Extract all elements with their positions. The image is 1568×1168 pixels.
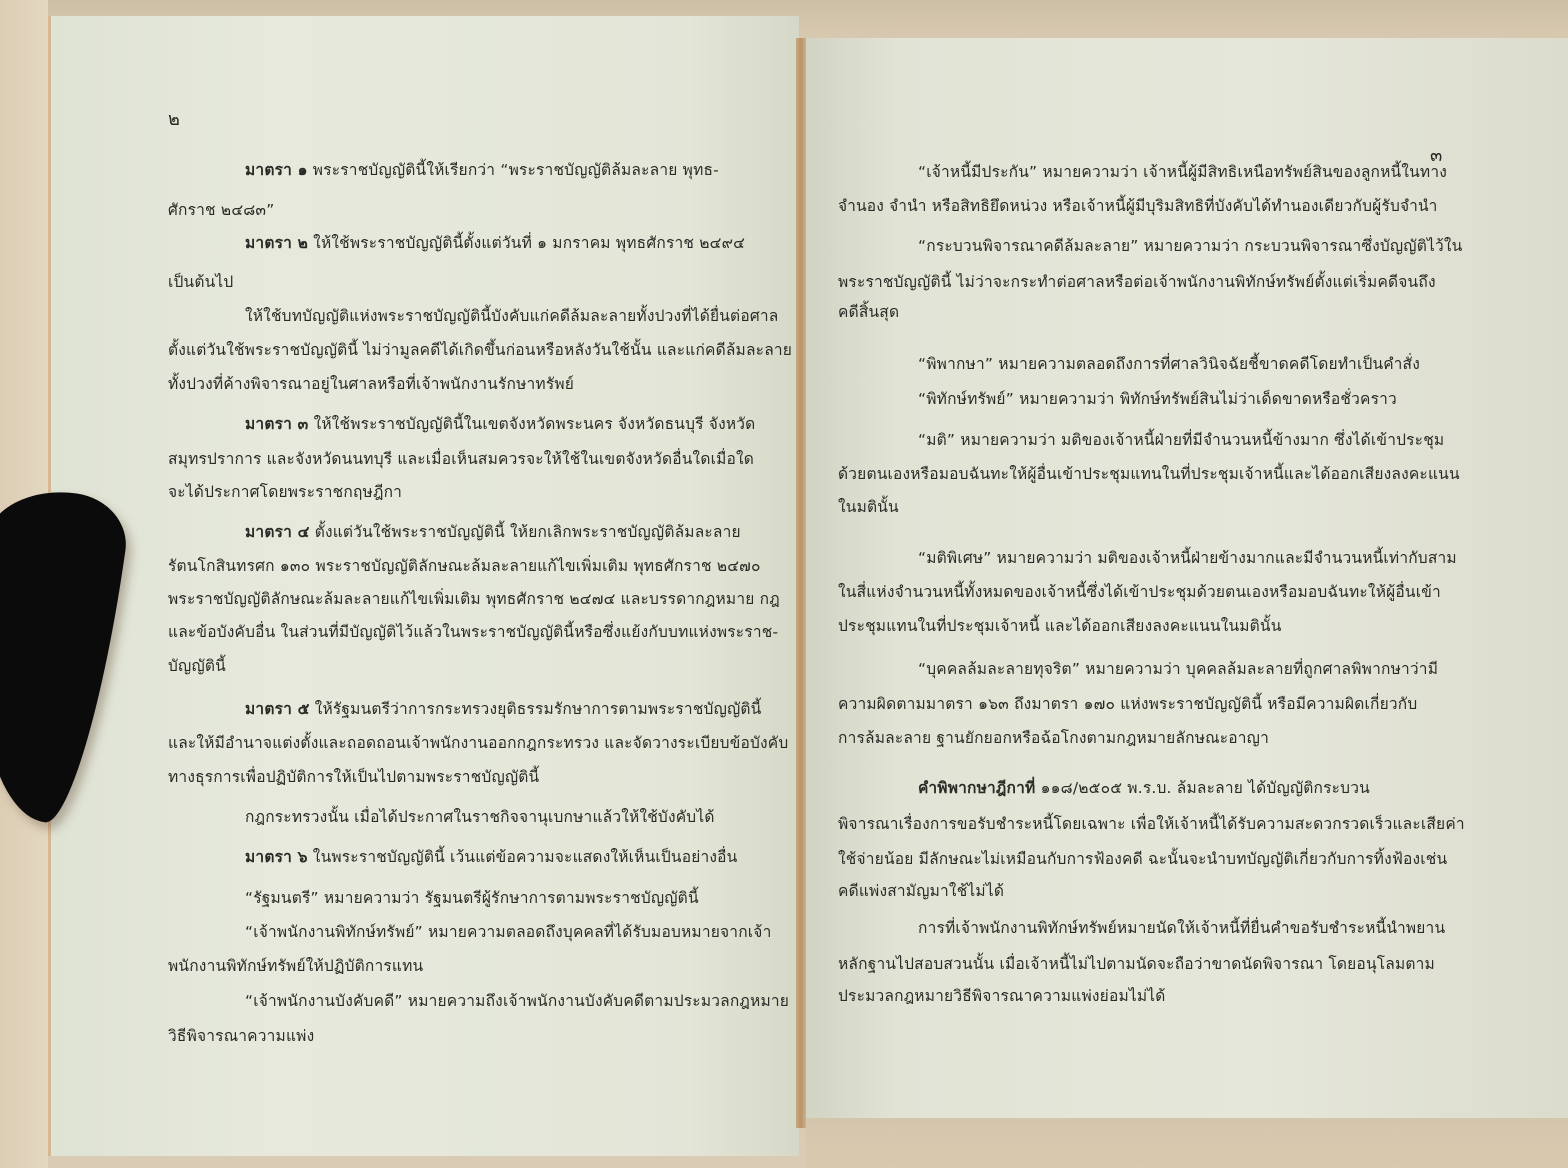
paragraph-line: เป็นต้นไป — [168, 272, 233, 292]
page-number: ๒ — [168, 110, 180, 130]
paragraph-line: ประมวลกฎหมายวิธีพิจารณาความแพ่งย่อมไม่ได… — [838, 986, 1166, 1006]
paragraph-line: จะได้ประกาศโดยพระราชกฤษฎีกา — [168, 482, 402, 502]
paragraph-line: จำนอง จำนำ หรือสิทธิยึดหน่วง หรือเจ้าหนี… — [838, 196, 1438, 216]
book-gutter — [796, 38, 806, 1128]
background-bottom — [806, 1118, 1568, 1168]
paragraph-line: คดีสิ้นสุด — [838, 302, 899, 322]
paragraph-line: “พิพากษา” หมายความตลอดถึงการที่ศาลวินิจฉ… — [918, 354, 1420, 374]
paragraph-line: กฎกระทรวงนั้น เมื่อได้ประกาศในราชกิจจานุ… — [245, 807, 715, 827]
paragraph-line: ประชุมแทนในที่ประชุมเจ้าหนี้ และได้ออกเส… — [838, 616, 1282, 636]
section-label: มาตรา ๔ — [245, 523, 310, 541]
section-label: มาตรา ๒ — [245, 234, 308, 252]
paragraph-line: พนักงานพิทักษ์ทรัพย์ให้ปฏิบัติการแทน — [168, 956, 423, 976]
section-label: มาตรา ๓ — [245, 415, 308, 433]
paragraph-line: คำพิพากษาฎีกาที่ ๑๑๘/๒๕๐๕ พ.ร.บ. ล้มละลา… — [918, 778, 1370, 798]
paragraph-line: มาตรา ๔ ตั้งแต่วันใช้พระราชบัญญัตินี้ ให… — [245, 522, 741, 542]
paragraph-line: พระราชบัญญัติลักษณะล้มละลายแก้ไขเพิ่มเติ… — [168, 589, 780, 609]
paragraph-line: ในมตินั้น — [838, 497, 899, 517]
paragraph-line: “มติพิเศษ” หมายความว่า มติของเจ้าหนี้ฝ่า… — [918, 548, 1457, 568]
section-label: มาตรา ๕ — [245, 700, 310, 718]
paragraph-line: “กระบวนพิจารณาคดีล้มละลาย” หมายความว่า ก… — [918, 236, 1462, 256]
supreme-court-ruling-label: คำพิพากษาฎีกาที่ — [918, 779, 1035, 797]
paragraph-line: มาตรา ๒ ให้ใช้พระราชบัญญัตินี้ตั้งแต่วัน… — [245, 233, 745, 253]
paragraph-line: ในสี่แห่งจำนวนหนี้ทั้งหมดของเจ้าหนี้ซึ่ง… — [838, 582, 1441, 602]
paragraph-line: มาตรา ๖ ในพระราชบัญญัตินี้ เว้นแต่ข้อควา… — [245, 847, 737, 867]
paragraph-line: การที่เจ้าพนักงานพิทักษ์ทรัพย์หมายนัดให้… — [918, 918, 1445, 938]
section-label: มาตรา ๖ — [245, 848, 308, 866]
paragraph-line: ความผิดตามมาตรา ๑๖๓ ถึงมาตรา ๑๗๐ แห่งพระ… — [838, 694, 1417, 714]
paragraph-line: รัตนโกสินทรศก ๑๓๐ พระราชบัญญัติลักษณะล้ม… — [168, 556, 761, 576]
paragraph-line: มาตรา ๕ ให้รัฐมนตรีว่าการกระทรวงยุติธรรม… — [245, 699, 761, 719]
paragraph-line: พิจารณาเรื่องการขอรับชำระหนี้โดยเฉพาะ เพ… — [838, 814, 1465, 834]
paragraph-line: ด้วยตนเองหรือมอบฉันทะให้ผู้อื่นเข้าประชุ… — [838, 464, 1460, 484]
paragraph-line: ให้ใช้บทบัญญัติแห่งพระราชบัญญัตินี้บังคั… — [245, 306, 778, 326]
paragraph-line: ทางธุรการเพื่อปฏิบัติการให้เป็นไปตามพระร… — [168, 767, 539, 787]
paragraph-line: “พิทักษ์ทรัพย์” หมายความว่า พิทักษ์ทรัพย… — [918, 389, 1397, 409]
paragraph-line: และให้มีอำนาจแต่งตั้งและถอดถอนเจ้าพนักงา… — [168, 733, 788, 753]
paragraph-line: “เจ้าพนักงานพิทักษ์ทรัพย์” หมายความตลอดถ… — [245, 922, 771, 942]
paragraph-line: “รัฐมนตรี” หมายความว่า รัฐมนตรีผู้รักษาก… — [245, 888, 699, 908]
paragraph-line: ทั้งปวงที่ค้างพิจารณาอยู่ในศาลหรือที่เจ้… — [168, 374, 574, 394]
paragraph-line: ใช้จ่ายน้อย มีลักษณะไม่เหมือนกับการฟ้องค… — [838, 849, 1447, 869]
paragraph-line: มาตรา ๑ พระราชบัญญัตินี้ให้เรียกว่า “พระ… — [245, 160, 719, 180]
paragraph-line: ตั้งแต่วันใช้พระราชบัญญัตินี้ ไม่ว่ามูลค… — [168, 340, 792, 360]
paragraph-line: “บุคคลล้มละลายทุจริต” หมายความว่า บุคคลล… — [918, 659, 1438, 679]
paragraph-line: สมุทรปราการ และจังหวัดนนทบุรี และเมื่อเห… — [168, 449, 754, 469]
paragraph-line: วิธีพิจารณาความแพ่ง — [168, 1026, 314, 1046]
paragraph-line: การล้มละลาย ฐานยักยอกหรือฉ้อโกงตามกฎหมาย… — [838, 728, 1269, 748]
left-page: ๒ มาตรา ๑ พระราชบัญญัตินี้ให้เรียกว่า “พ… — [48, 16, 799, 1156]
paragraph-line: มาตรา ๓ ให้ใช้พระราชบัญญัตินี้ในเขตจังหว… — [245, 414, 755, 434]
paragraph-line: หลักฐานไปสอบสวนนั้น เมื่อเจ้าหนี้ไม่ไปตา… — [838, 954, 1435, 974]
paragraph-line: “มติ” หมายความว่า มติของเจ้าหนี้ฝ่ายที่ม… — [918, 430, 1444, 450]
paragraph-line: บัญญัตินี้ — [168, 656, 226, 676]
paragraph-line: “เจ้าพนักงานบังคับคดี” หมายความถึงเจ้าพน… — [245, 991, 789, 1011]
paragraph-line: ศักราช ๒๔๘๓” — [168, 200, 274, 220]
paragraph-line: และข้อบังคับอื่น ในส่วนที่มีบัญญัติไว้แล… — [168, 622, 778, 642]
paragraph-line: “เจ้าหนี้มีประกัน” หมายความว่า เจ้าหนี้ผ… — [918, 162, 1447, 182]
paragraph-line: คดีแพ่งสามัญมาใช้ไม่ได้ — [838, 881, 1004, 901]
paragraph-line: พระราชบัญญัตินี้ ไม่ว่าจะกระทำต่อศาลหรือ… — [838, 272, 1436, 292]
section-label: มาตรา ๑ — [245, 161, 308, 179]
right-page: ๓ “เจ้าหนี้มีประกัน” หมายความว่า เจ้าหนี… — [806, 38, 1568, 1128]
